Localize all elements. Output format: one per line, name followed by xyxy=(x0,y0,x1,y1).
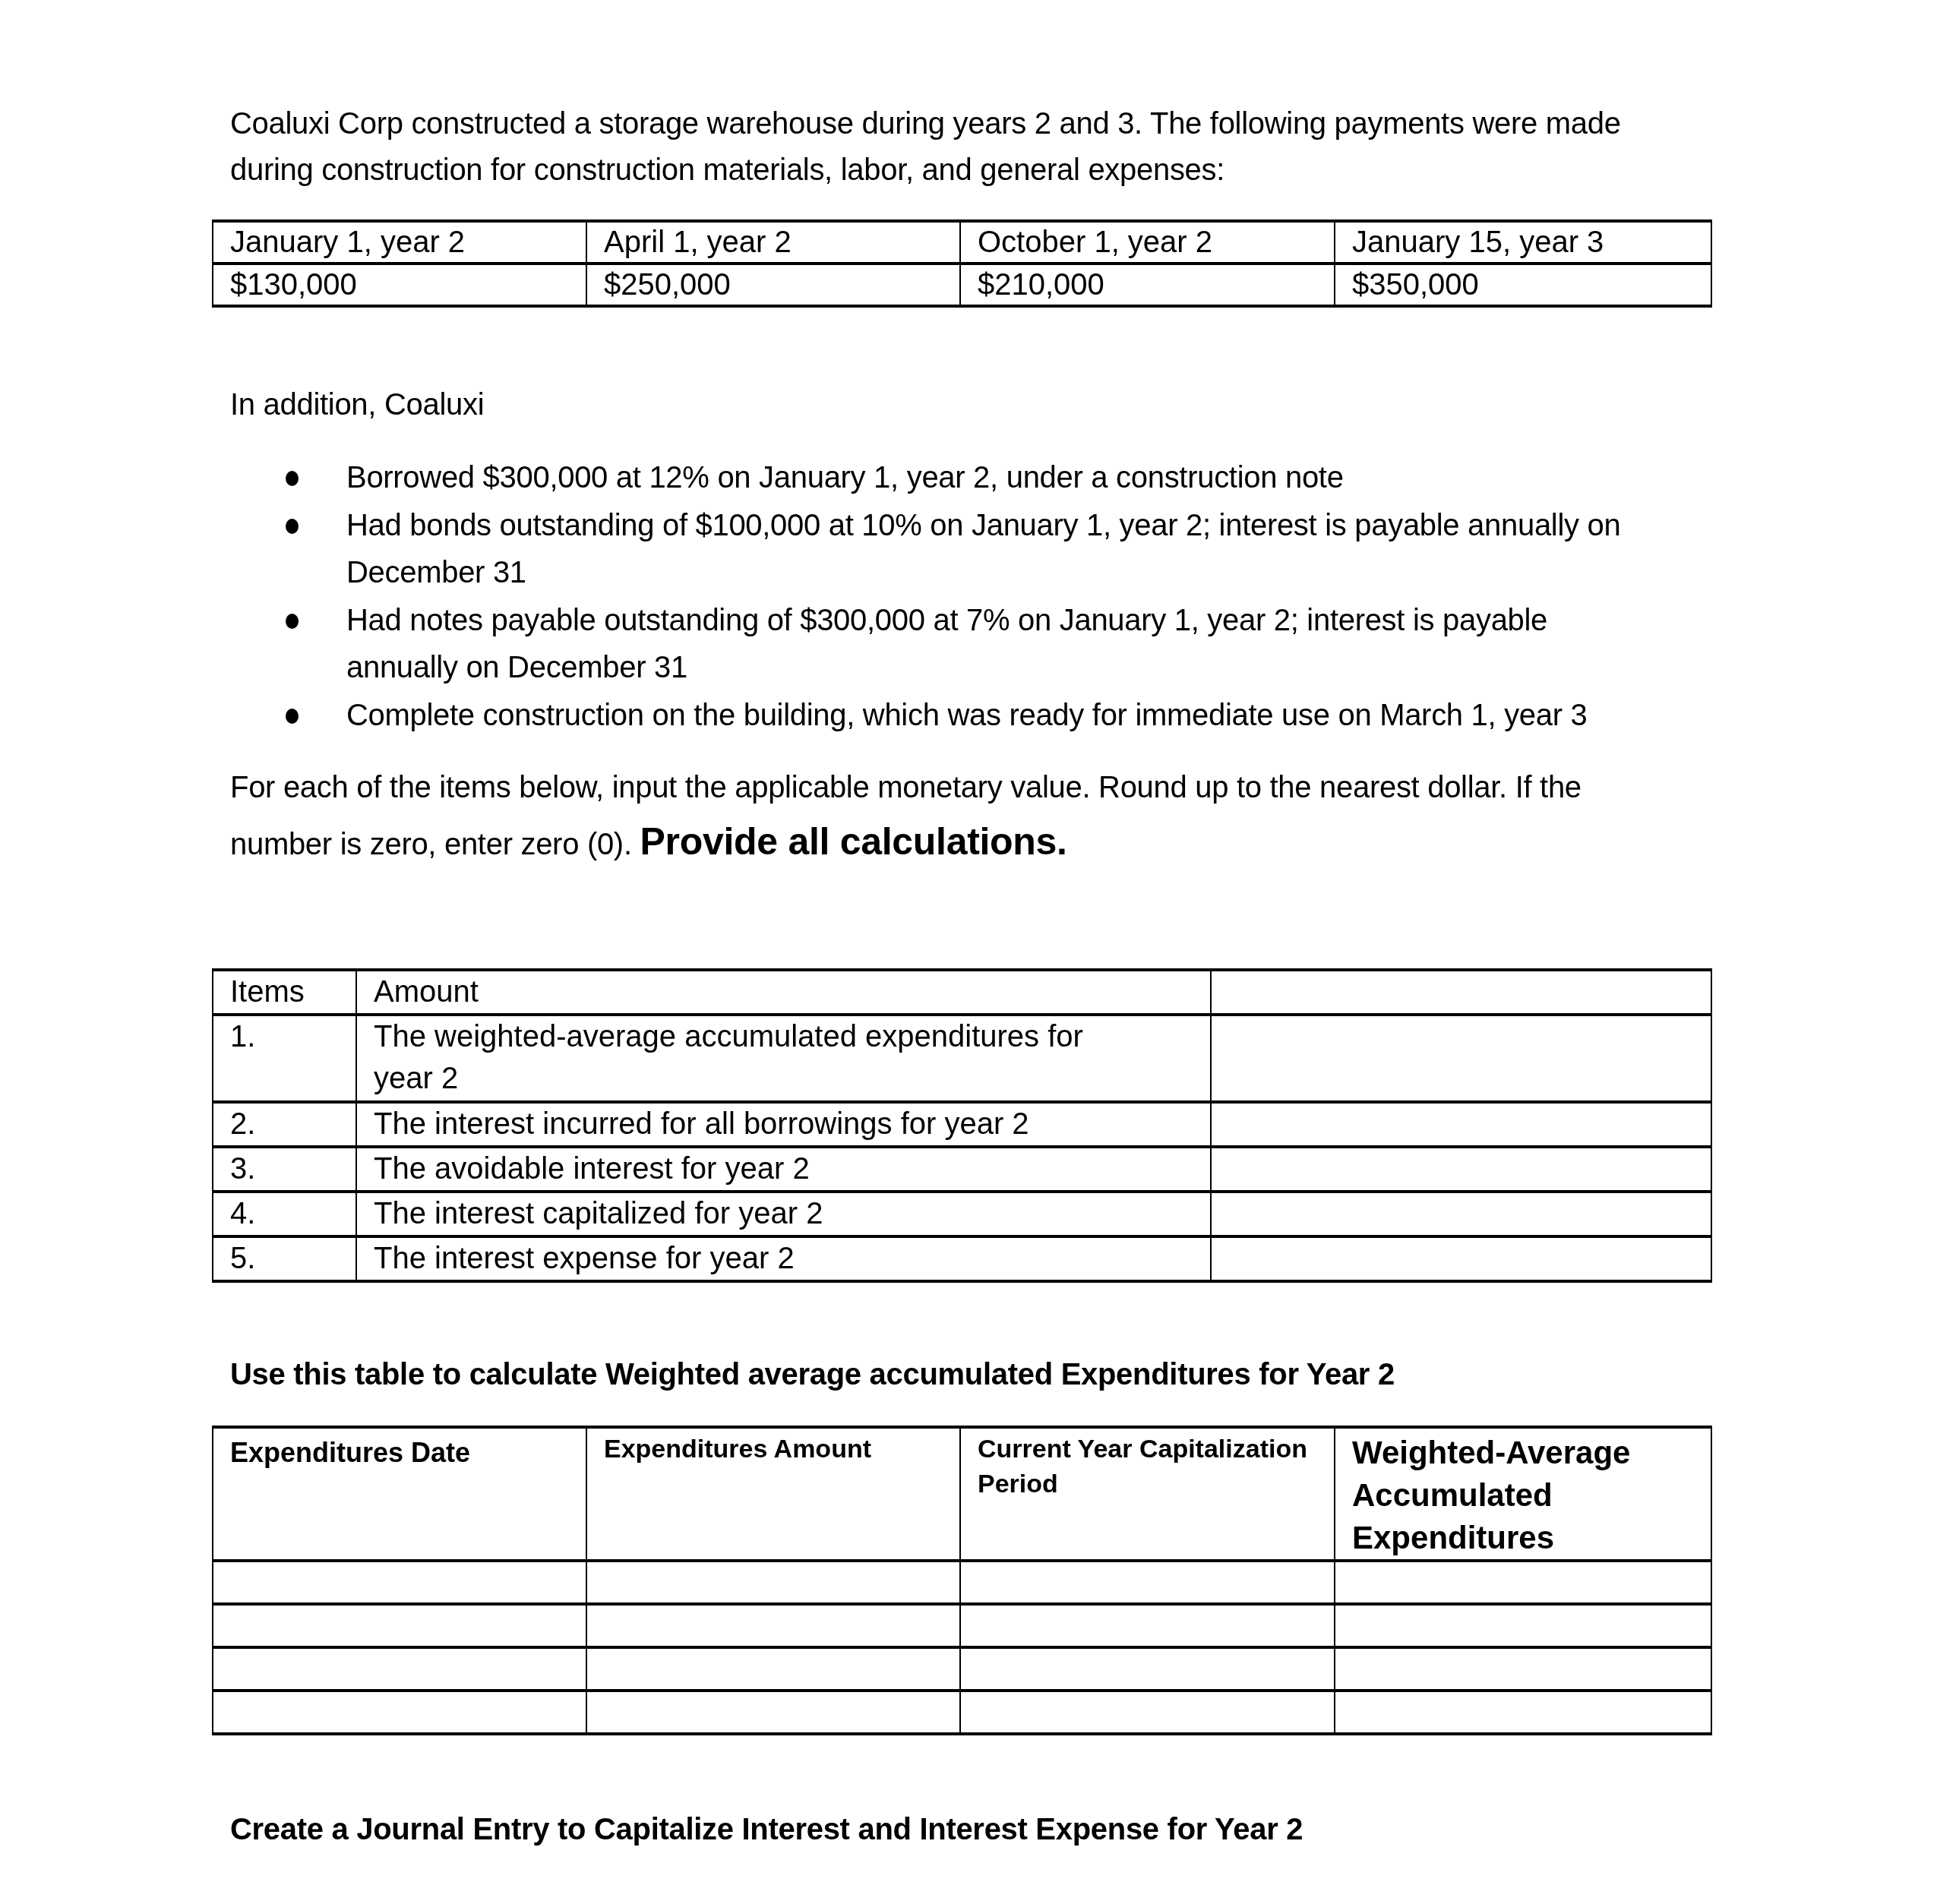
item-answer-cell[interactable] xyxy=(1211,1015,1711,1102)
item-description: The weighted-average accumulated expendi… xyxy=(356,1015,1211,1102)
addition-lead: In addition, Coaluxi xyxy=(230,381,484,428)
payment-date: January 1, year 2 xyxy=(213,221,586,264)
wa-cell-period[interactable] xyxy=(960,1691,1335,1734)
header-line: Expenditures xyxy=(1352,1517,1711,1559)
wa-cell-date[interactable] xyxy=(213,1604,586,1647)
header-expenditures-amount: Expenditures Amount xyxy=(586,1427,960,1561)
instructions-text: number is zero, enter zero (0). xyxy=(230,828,632,861)
payment-date: April 1, year 2 xyxy=(586,221,960,264)
bullet-icon xyxy=(286,471,299,486)
item-answer-cell[interactable] xyxy=(1211,1192,1711,1236)
payment-amount: $250,000 xyxy=(586,264,960,306)
wa-cell-amount[interactable] xyxy=(586,1561,960,1604)
items-table: Items Amount 1. The weighted-average acc… xyxy=(212,968,1712,1283)
item-number: 4. xyxy=(213,1192,356,1236)
item-number: 1. xyxy=(213,1015,356,1102)
item-answer-cell[interactable] xyxy=(1211,1102,1711,1147)
payment-date: January 15, year 3 xyxy=(1335,221,1711,264)
wa-row xyxy=(213,1604,1711,1647)
journal-entry-title: Create a Journal Entry to Capitalize Int… xyxy=(230,1806,1303,1853)
intro-line-1: Coaluxi Corp constructed a storage wareh… xyxy=(230,100,1621,147)
item-description: The interest expense for year 2 xyxy=(356,1236,1211,1281)
wa-cell-weighted[interactable] xyxy=(1335,1561,1711,1604)
document-page: Coaluxi Corp constructed a storage wareh… xyxy=(0,0,1937,1904)
wa-cell-weighted[interactable] xyxy=(1335,1647,1711,1691)
item-number: 3. xyxy=(213,1147,356,1192)
wa-row xyxy=(213,1561,1711,1604)
item-number: 5. xyxy=(213,1236,356,1281)
payments-amounts-row: $130,000 $250,000 $210,000 $350,000 xyxy=(213,264,1711,306)
header-line: Current Year Capitalization xyxy=(978,1432,1334,1467)
bullet-icon xyxy=(286,709,299,724)
bullet-text-continued: December 31 xyxy=(346,549,526,596)
item-row: 3. The avoidable interest for year 2 xyxy=(213,1147,1711,1192)
wa-cell-amount[interactable] xyxy=(586,1604,960,1647)
header-line: Period xyxy=(978,1467,1334,1501)
intro-line-2: during construction for construction mat… xyxy=(230,147,1224,194)
item-row: 4. The interest capitalized for year 2 xyxy=(213,1192,1711,1236)
item-answer-cell[interactable] xyxy=(1211,1147,1711,1192)
bullet-text: Borrowed $300,000 at 12% on January 1, y… xyxy=(346,454,1344,501)
header-blank xyxy=(1211,970,1711,1015)
wa-cell-amount[interactable] xyxy=(586,1691,960,1734)
item-description-line: The weighted-average accumulated expendi… xyxy=(374,1016,1210,1058)
bullet-text: Had bonds outstanding of $100,000 at 10%… xyxy=(346,502,1620,549)
bullet-icon xyxy=(286,519,299,534)
instructions-line-2: number is zero, enter zero (0). Provide … xyxy=(230,818,1067,868)
wa-cell-date[interactable] xyxy=(213,1691,586,1734)
item-description: The interest incurred for all borrowings… xyxy=(356,1102,1211,1147)
bullet-text-continued: annually on December 31 xyxy=(346,644,687,691)
header-expenditures-date: Expenditures Date xyxy=(213,1427,586,1561)
bullet-text: Complete construction on the building, w… xyxy=(346,692,1588,739)
wa-cell-date[interactable] xyxy=(213,1561,586,1604)
payment-date: October 1, year 2 xyxy=(960,221,1335,264)
item-row: 2. The interest incurred for all borrowi… xyxy=(213,1102,1711,1147)
header-amount: Amount xyxy=(356,970,1211,1015)
wa-header-row: Expenditures Date Expenditures Amount Cu… xyxy=(213,1427,1711,1561)
bullet-icon xyxy=(286,614,299,629)
header-items: Items xyxy=(213,970,356,1015)
payment-amount: $210,000 xyxy=(960,264,1335,306)
instructions-emphasis: Provide all calculations. xyxy=(640,820,1067,863)
wa-section-title: Use this table to calculate Weighted ave… xyxy=(230,1351,1395,1398)
header-weighted-average: Weighted-Average Accumulated Expenditure… xyxy=(1335,1427,1711,1561)
wa-row xyxy=(213,1691,1711,1734)
item-description-line: year 2 xyxy=(374,1058,1210,1100)
header-line: Weighted-Average xyxy=(1352,1432,1711,1474)
wa-cell-weighted[interactable] xyxy=(1335,1691,1711,1734)
header-capitalization-period: Current Year Capitalization Period xyxy=(960,1427,1335,1561)
wa-cell-amount[interactable] xyxy=(586,1647,960,1691)
wa-cell-period[interactable] xyxy=(960,1604,1335,1647)
payments-table: January 1, year 2 April 1, year 2 Octobe… xyxy=(212,219,1712,308)
item-description: The interest capitalized for year 2 xyxy=(356,1192,1211,1236)
item-row: 5. The interest expense for year 2 xyxy=(213,1236,1711,1281)
bullet-text: Had notes payable outstanding of $300,00… xyxy=(346,597,1547,644)
wa-cell-period[interactable] xyxy=(960,1561,1335,1604)
payment-amount: $130,000 xyxy=(213,264,586,306)
instructions-line-1: For each of the items below, input the a… xyxy=(230,764,1582,811)
wa-cell-date[interactable] xyxy=(213,1647,586,1691)
weighted-average-table: Expenditures Date Expenditures Amount Cu… xyxy=(212,1426,1712,1735)
wa-row xyxy=(213,1647,1711,1691)
wa-cell-period[interactable] xyxy=(960,1647,1335,1691)
items-header-row: Items Amount xyxy=(213,970,1711,1015)
item-answer-cell[interactable] xyxy=(1211,1236,1711,1281)
payment-amount: $350,000 xyxy=(1335,264,1711,306)
wa-cell-weighted[interactable] xyxy=(1335,1604,1711,1647)
item-row: 1. The weighted-average accumulated expe… xyxy=(213,1015,1711,1102)
item-description: The avoidable interest for year 2 xyxy=(356,1147,1211,1192)
payments-dates-row: January 1, year 2 April 1, year 2 Octobe… xyxy=(213,221,1711,264)
header-line: Accumulated xyxy=(1352,1474,1711,1517)
item-number: 2. xyxy=(213,1102,356,1147)
